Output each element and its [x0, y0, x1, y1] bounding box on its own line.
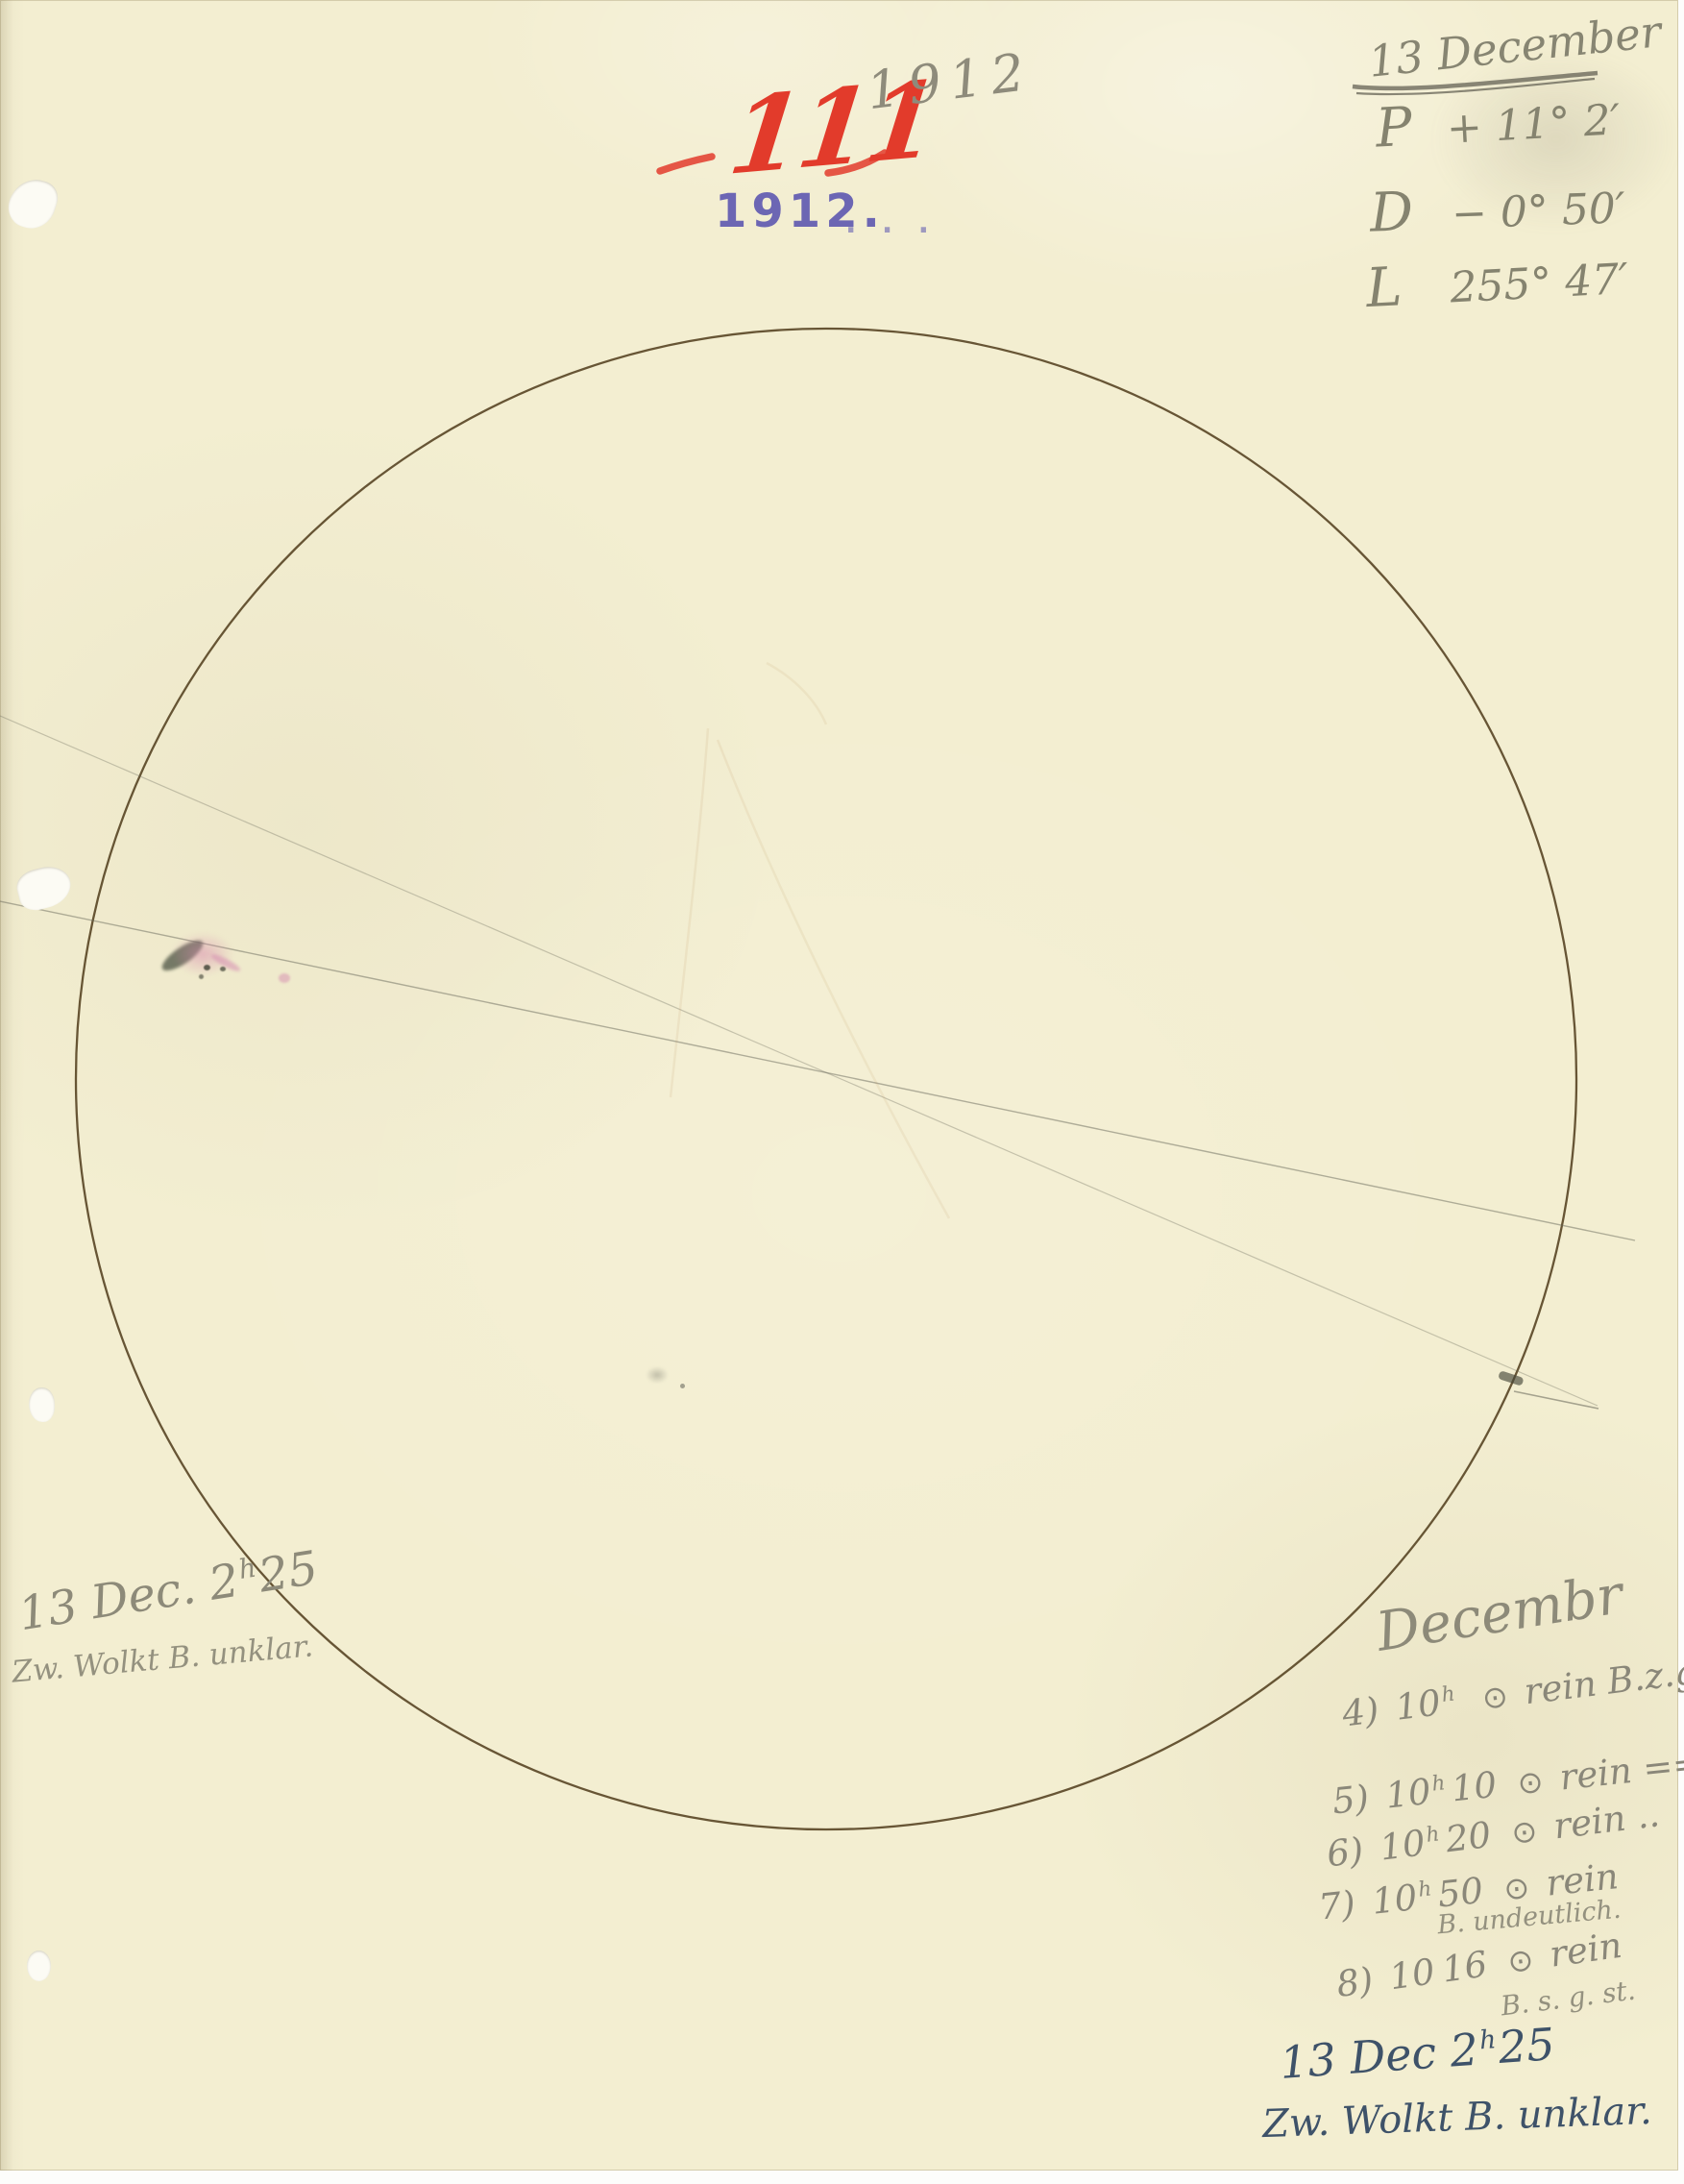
ephemeris-row-d: D − 0° 50′ [1369, 178, 1626, 240]
sun-symbol: ⊙ [1480, 1678, 1510, 1717]
log-day: 6) [1325, 1829, 1366, 1875]
value-p: + 11° 2′ [1446, 99, 1622, 150]
stamp-dots: . . . [845, 209, 937, 238]
symbol-l: L [1365, 260, 1403, 316]
log-day: 4) [1340, 1689, 1381, 1734]
log-day: 7) [1317, 1883, 1357, 1928]
scanned-solar-observation-sheet: 111 1912 1912. . . . 13 December P + 11°… [0, 0, 1684, 2184]
punch-hole [27, 1951, 51, 1981]
ephemeris-row-p: P + 11° 2′ [1375, 89, 1622, 156]
log-day: 5) [1330, 1778, 1371, 1823]
value-d: − 0° 50′ [1451, 187, 1625, 235]
sun-symbol: ⊙ [1505, 1941, 1536, 1980]
punch-hole [29, 1387, 55, 1422]
value-l: 255° 47′ [1449, 258, 1629, 310]
log-day: 8) [1333, 1959, 1376, 2005]
symbol-d: D [1369, 185, 1414, 241]
sun-symbol: ⊙ [1509, 1812, 1539, 1852]
sun-symbol: ⊙ [1516, 1763, 1545, 1803]
symbol-p: P [1375, 101, 1414, 157]
